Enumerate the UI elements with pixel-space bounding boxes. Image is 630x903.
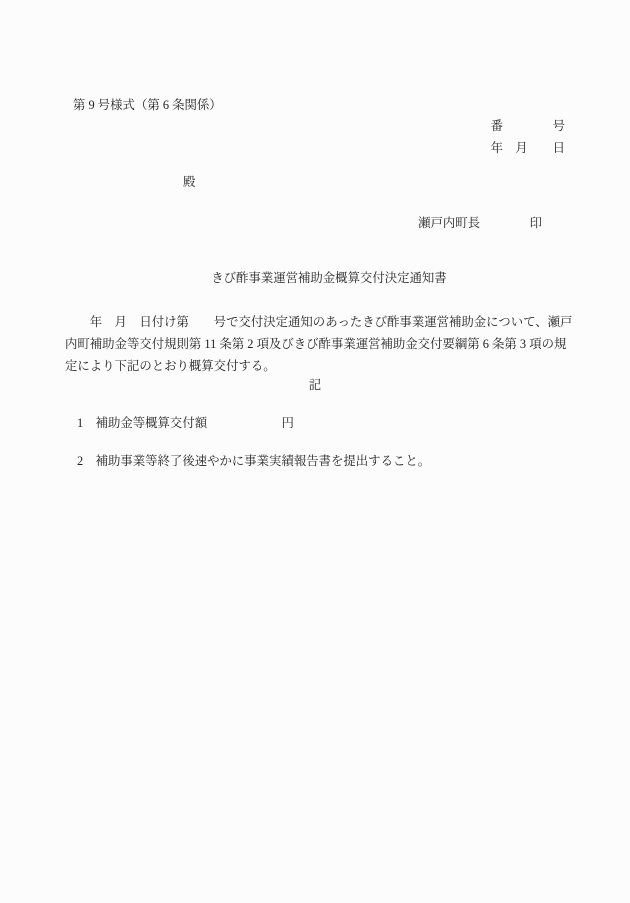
body-paragraph-line-3: 定により下記のとおり概算交付する。 [65, 357, 570, 375]
document-title: きび酢事業運営補助金概算交付決定通知書 [0, 269, 630, 287]
sender-name-with-seal: 瀬戸内町長 印 [0, 214, 630, 232]
date-placeholder: 年 月 日 [0, 139, 630, 157]
addressee-honorific: 殿 [183, 173, 195, 191]
body-paragraph-line-2: 内町補助金等交付規則第 11 条第 2 項及びきび酢事業運営補助金交付要綱第 6… [65, 335, 570, 353]
document-page: 第 9 号様式（第 6 条関係） 番 号 年 月 日 殿 瀬戸内町長 印 きび酢… [0, 0, 630, 903]
record-marker: 記 [0, 376, 630, 394]
form-number: 第 9 号様式（第 6 条関係） [73, 96, 222, 114]
list-item-2-report-instruction: 2 補助事業等終了後速やかに事業実績報告書を提出すること。 [77, 452, 430, 470]
list-item-1-subsidy-amount: 1 補助金等概算交付額 円 [77, 414, 294, 432]
body-paragraph-line-1: 年 月 日付け第 号で交付決定通知のあったきび酢事業運営補助金について、瀬戸 [65, 313, 570, 331]
document-number-placeholder: 番 号 [0, 117, 630, 135]
